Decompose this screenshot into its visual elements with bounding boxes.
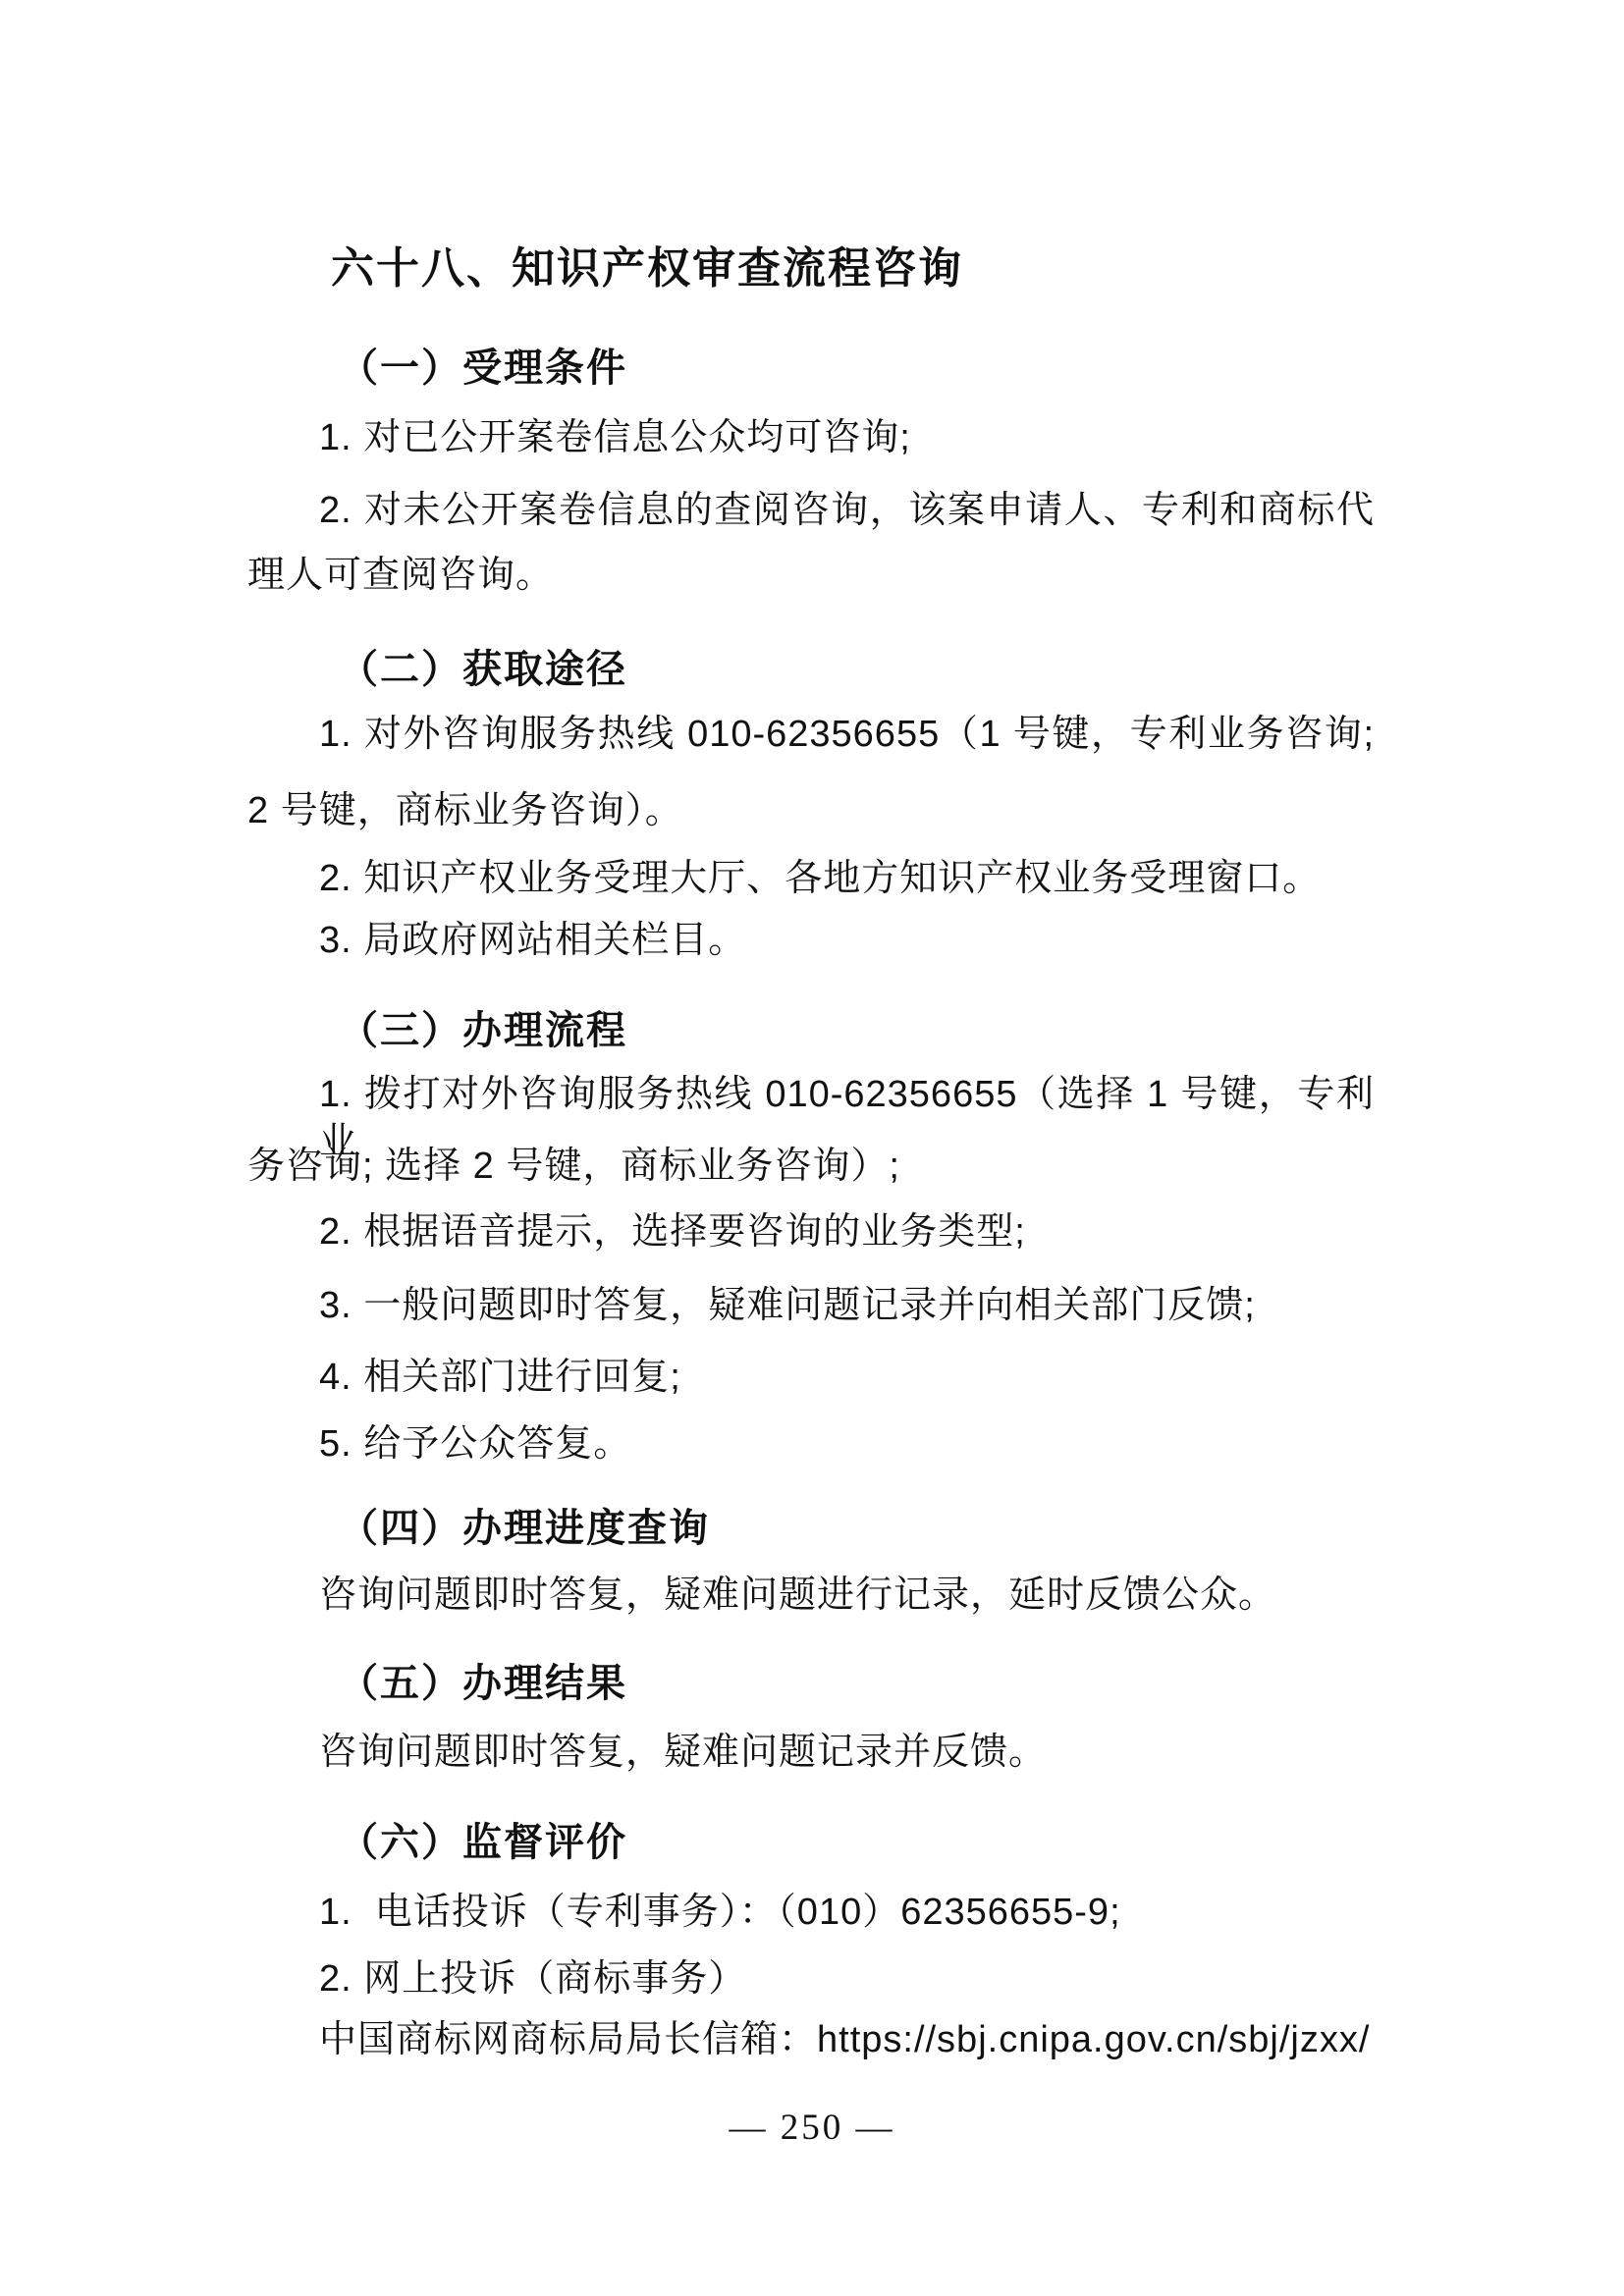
body-line: 1. 对已公开案卷信息公众均可咨询; (319, 415, 1375, 462)
body-line: 2. 网上投诉（商标事务） (319, 1956, 1375, 2003)
body-line: 咨询问题即时答复，疑难问题进行记录，延时反馈公众。 (319, 1573, 1375, 1620)
document-page: 六十八、知识产权审查流程咨询 （一）受理条件 1. 对已公开案卷信息公众均可咨询… (0, 0, 1624, 2296)
section-heading-3: （三）办理流程 (339, 1006, 627, 1055)
body-line: 2. 根据语音提示，选择要咨询的业务类型; (319, 1209, 1375, 1256)
body-line: 2 号键，商标业务咨询）。 (247, 788, 1375, 835)
body-line: 5. 给予公众答复。 (319, 1421, 1375, 1468)
body-line: 1. 电话投诉（专利事务）：（010）62356655-9; (319, 1890, 1375, 1937)
body-line: 3. 局政府网站相关栏目。 (319, 918, 1375, 965)
body-line: 3. 一般问题即时答复，疑难问题记录并向相关部门反馈; (319, 1283, 1375, 1330)
body-line: 2. 对未公开案卷信息的查阅咨询，该案申请人、专利和商标代 (319, 488, 1375, 535)
body-line-mailbox-url: 中国商标网商标局局长信箱：https://sbj.cnipa.gov.cn/sb… (319, 2017, 1375, 2064)
body-line: 理人可查阅咨询。 (247, 553, 1375, 600)
section-heading-1: （一）受理条件 (339, 344, 627, 393)
body-line: 1. 对外咨询服务热线 010-62356655（1 号键，专利业务咨询; (319, 712, 1375, 759)
body-line: 务咨询; 选择 2 号键，商标业务咨询）; (247, 1144, 1375, 1191)
footer-page-number: — 250 — (0, 2106, 1624, 2151)
body-line: 2. 知识产权业务受理大厅、各地方知识产权业务受理窗口。 (319, 856, 1375, 903)
section-heading-2: （二）获取途径 (339, 645, 627, 694)
section-heading-5: （五）办理结果 (339, 1659, 627, 1708)
section-heading-4: （四）办理进度查询 (339, 1504, 710, 1553)
page-title: 六十八、知识产权审查流程咨询 (331, 241, 963, 295)
body-line: 咨询问题即时答复，疑难问题记录并反馈。 (319, 1730, 1375, 1777)
section-heading-6: （六）监督评价 (339, 1818, 627, 1867)
body-line: 4. 相关部门进行回复; (319, 1355, 1375, 1402)
